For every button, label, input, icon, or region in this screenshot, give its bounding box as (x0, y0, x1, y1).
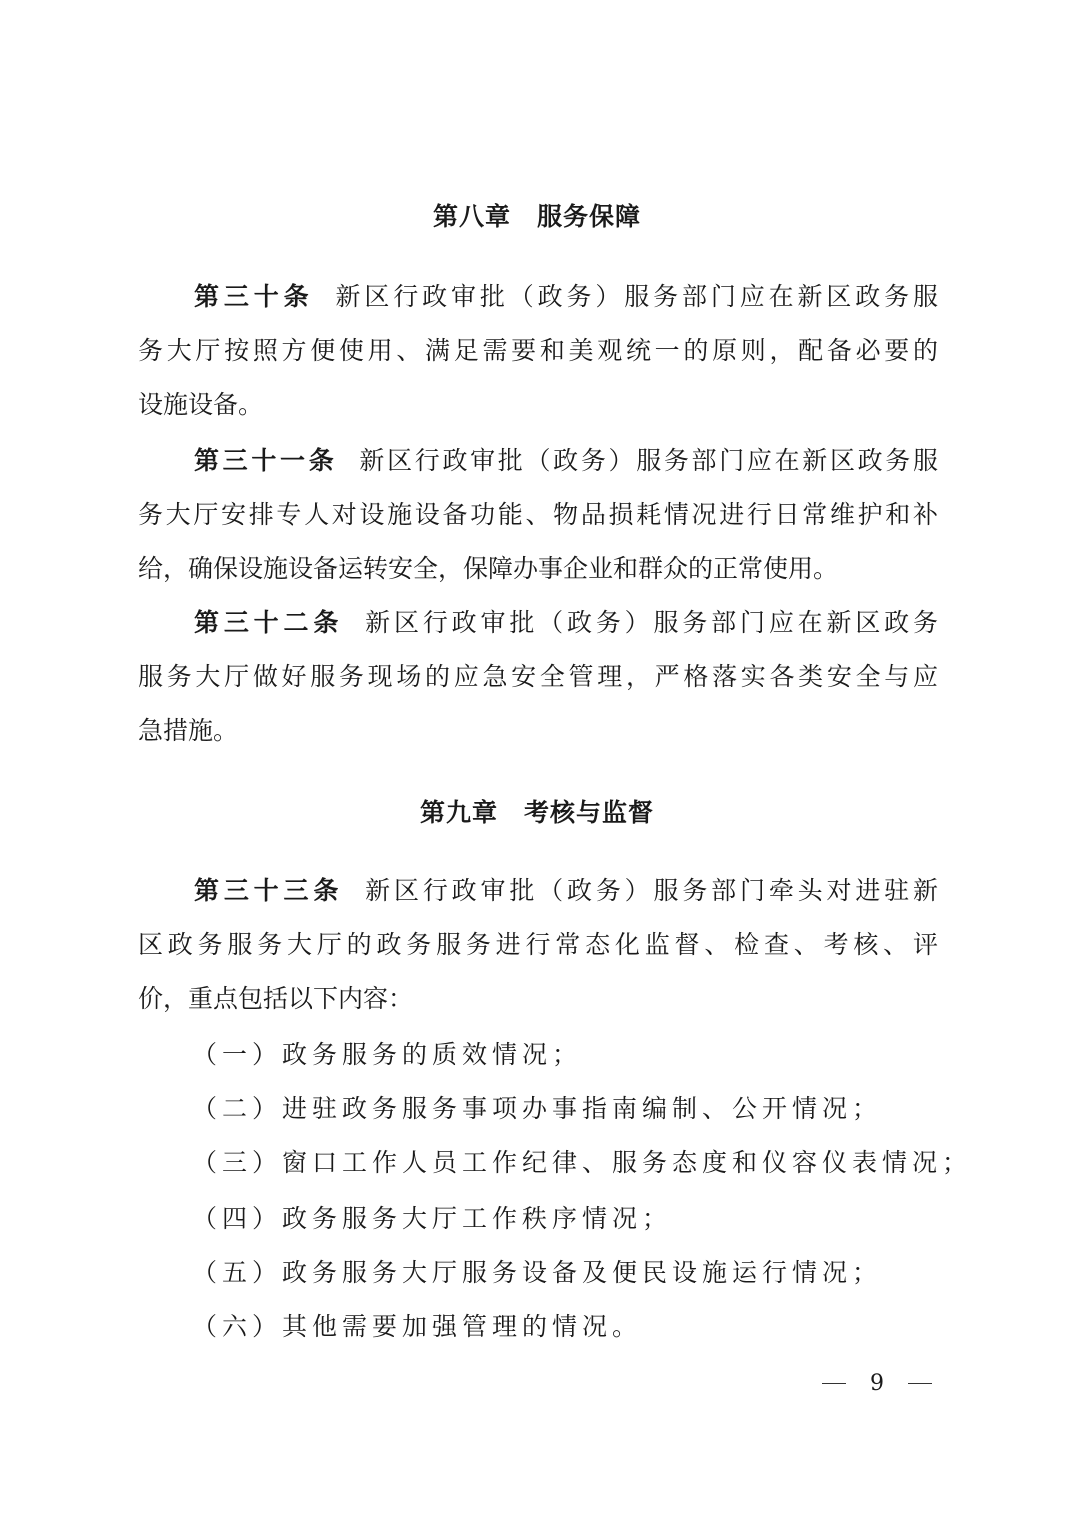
article-text: 新区行政审批（政务）服务部门应在新区政务服 (359, 446, 938, 475)
article-32-line-3: 急措施。 (138, 716, 938, 746)
list-item: （三）窗口工作人员工作纪律、服务态度和仪容仪表情况； (192, 1148, 972, 1178)
document-page: 第八章 服务保障 第三十条新区行政审批（政务）服务部门应在新区政务服 务大厅按照… (0, 0, 1074, 1520)
article-31-line-1: 第三十一条新区行政审批（政务）服务部门应在新区政务服 (194, 446, 938, 476)
article-30-line-2: 务大厅按照方便使用、满足需要和美观统一的原则，配备必要的 (138, 336, 938, 366)
article-label: 第三十二条 (194, 608, 343, 637)
article-33-line-3: 价，重点包括以下内容： (138, 984, 938, 1014)
article-label: 第三十条 (194, 282, 314, 311)
article-text: 新区行政审批（政务）服务部门应在新区政务 (365, 608, 938, 637)
page-number-value: 9 (870, 1371, 884, 1396)
list-item: （五）政务服务大厅服务设备及便民设施运行情况； (192, 1258, 882, 1288)
article-33-line-1: 第三十三条新区行政审批（政务）服务部门牵头对进驻新 (194, 876, 938, 906)
chapter-heading: 第八章 服务保障 (0, 202, 1074, 232)
article-text: 新区行政审批（政务）服务部门应在新区政务服 (336, 282, 938, 311)
article-31-line-2: 务大厅安排专人对设施设备功能、物品损耗情况进行日常维护和补 (138, 500, 938, 530)
article-30-line-3: 设施设备。 (138, 390, 938, 420)
article-32-line-1: 第三十二条新区行政审批（政务）服务部门应在新区政务 (194, 608, 938, 638)
dash-right (908, 1383, 932, 1384)
list-item: （六）其他需要加强管理的情况。 (192, 1312, 642, 1342)
chapter-heading: 第九章 考核与监督 (0, 798, 1074, 828)
list-item: （二）进驻政务服务事项办事指南编制、公开情况； (192, 1094, 882, 1124)
article-33-line-2: 区政务服务大厅的政务服务进行常态化监督、检查、考核、评 (138, 930, 938, 960)
list-item: （一）政务服务的质效情况； (192, 1040, 582, 1070)
page-number: 9 (822, 1368, 932, 1398)
article-30-line-1: 第三十条新区行政审批（政务）服务部门应在新区政务服 (194, 282, 938, 312)
list-item: （四）政务服务大厅工作秩序情况； (192, 1204, 672, 1234)
article-text: 新区行政审批（政务）服务部门牵头对进驻新 (365, 876, 938, 905)
article-31-line-3: 给，确保设施设备运转安全，保障办事企业和群众的正常使用。 (138, 554, 938, 584)
article-32-line-2: 服务大厅做好服务现场的应急安全管理，严格落实各类安全与应 (138, 662, 938, 692)
dash-left (822, 1383, 846, 1384)
article-label: 第三十三条 (194, 876, 343, 905)
article-label: 第三十一条 (194, 446, 337, 475)
